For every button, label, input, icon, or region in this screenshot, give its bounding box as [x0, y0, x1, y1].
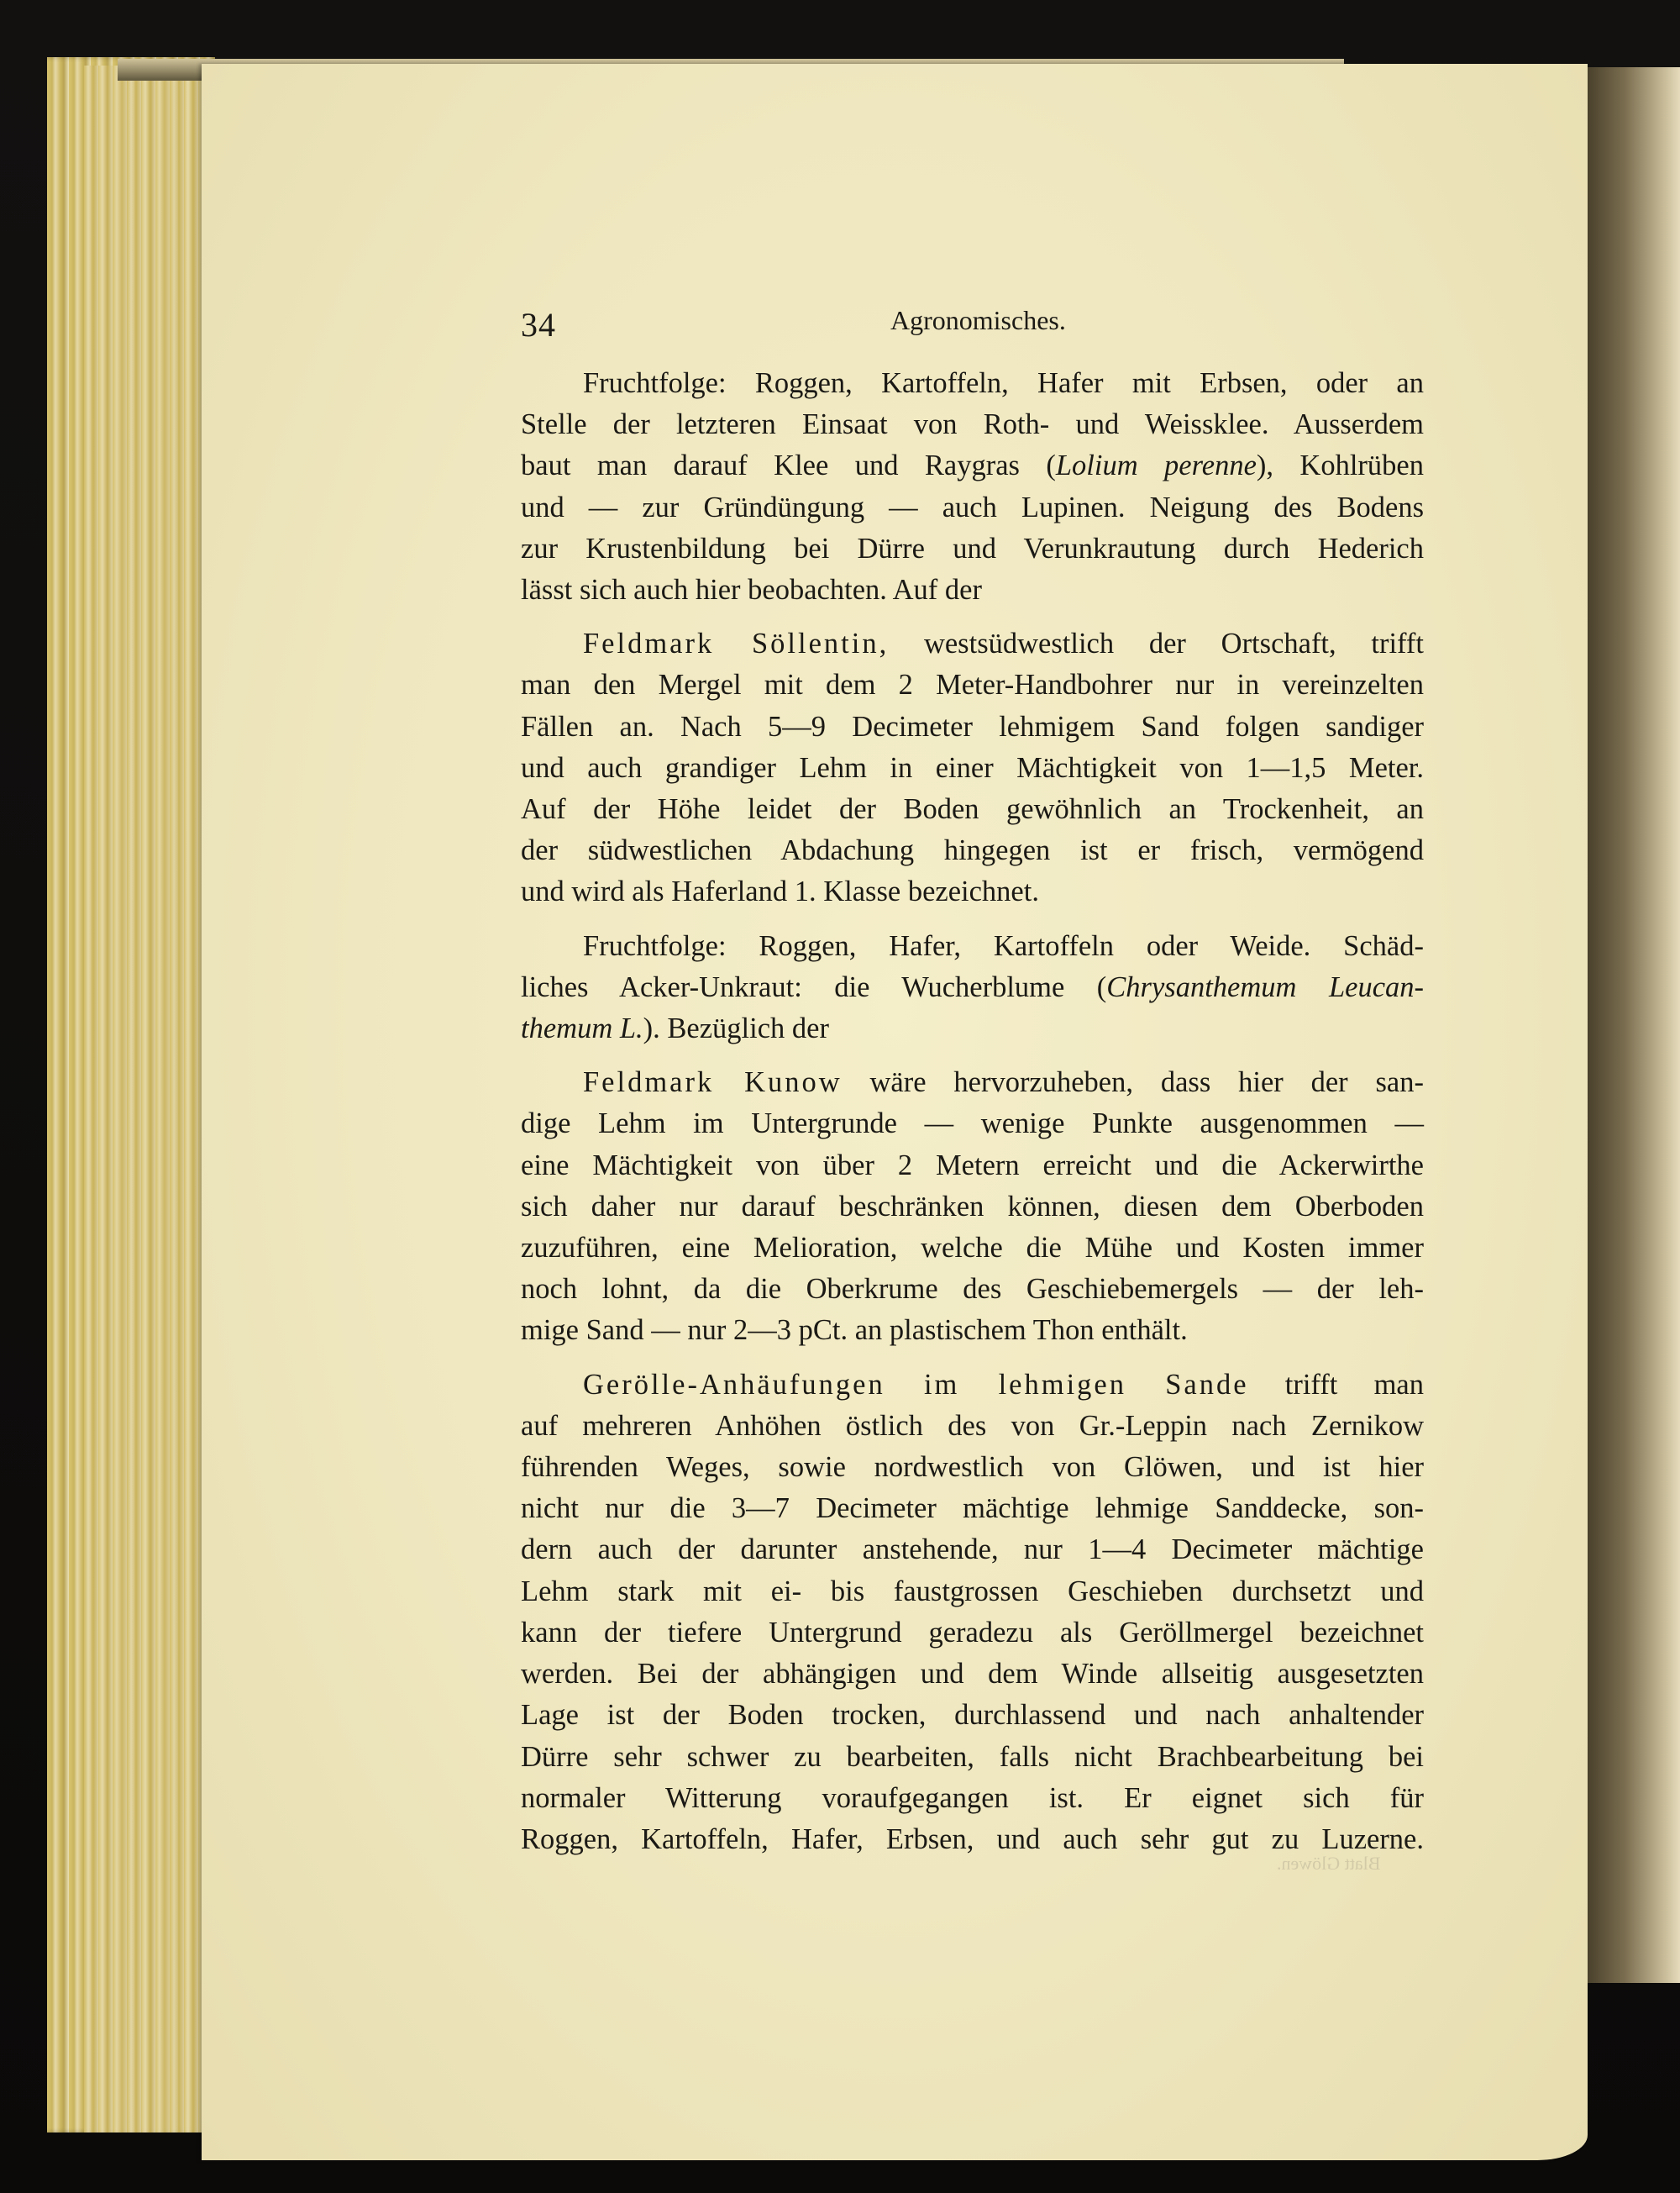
body-text: Fruchtfolge: Roggen, Kartoffeln, Hafer m…	[521, 363, 1424, 1873]
paragraph-fruchtfolge-2: Fruchtfolge: Roggen, Hafer, Kartoffeln o…	[521, 926, 1424, 1050]
text-line: Fruchtfolge: Roggen, Hafer, Kartoffeln o…	[521, 926, 1424, 967]
text-line: mige Sand — nur 2—3 pCt. an plastischem …	[521, 1310, 1424, 1351]
paragraph-geroelle-anhaeufungen: Gerölle-Anhäufungen im lehmigen Sande tr…	[521, 1365, 1424, 1860]
text-line: liches Acker-Unkraut: die Wucherblume (C…	[521, 967, 1424, 1008]
text-span: westsüdwestlich der Ortschaft, trifft	[889, 628, 1424, 660]
text-line: der südwestlichen Abdachung hingegen ist…	[521, 830, 1424, 871]
text-line: zur Krustenbildung bei Dürre und Verunkr…	[521, 529, 1424, 570]
text-line: auf mehreren Anhöhen östlich des von Gr.…	[521, 1406, 1424, 1447]
text-line: Feldmark Kunow wäre hervorzuheben, dass …	[521, 1062, 1424, 1103]
text-span: ), Kohlrüben	[1257, 450, 1424, 481]
text-line: Fällen an. Nach 5—9 Decimeter lehmigem S…	[521, 707, 1424, 748]
section-lead: Feldmark Kunow	[583, 1066, 843, 1098]
species-name: Lolium perenne	[1056, 450, 1257, 481]
page-header: 34 Agronomisches.	[521, 305, 1445, 347]
text-line: und wird als Haferland 1. Klasse bezeich…	[521, 871, 1424, 912]
book-scan: 34 Agronomisches. Fruchtfolge: Roggen, K…	[0, 0, 1680, 2193]
page-edges-inner	[84, 66, 210, 2133]
text-span: liches Acker-Unkraut: die Wucherblume (	[521, 971, 1106, 1003]
page-number: 34	[521, 305, 556, 344]
text-line: führenden Weges, sowie nordwestlich von …	[521, 1447, 1424, 1488]
text-line: zuzuführen, eine Melioration, welche die…	[521, 1228, 1424, 1269]
text-span: wäre hervorzuheben, dass hier der san-	[843, 1066, 1424, 1098]
paragraph-fruchtfolge-1: Fruchtfolge: Roggen, Kartoffeln, Hafer m…	[521, 363, 1424, 611]
species-name: Chrysanthemum Leucan-	[1106, 971, 1424, 1003]
text-line: Lage ist der Boden trocken, durchlassend…	[521, 1695, 1424, 1736]
text-span: trifft man	[1249, 1369, 1424, 1401]
text-line: und auch grandiger Lehm in einer Mächtig…	[521, 748, 1424, 789]
paragraph-feldmark-kunow: Feldmark Kunow wäre hervorzuheben, dass …	[521, 1062, 1424, 1351]
text-line: Auf der Höhe leidet der Boden gewöhnlich…	[521, 789, 1424, 830]
text-line: Gerölle-Anhäufungen im lehmigen Sande tr…	[521, 1365, 1424, 1406]
section-lead: Gerölle-Anhäufungen im lehmigen Sande	[583, 1369, 1249, 1401]
bleed-through-text: Blatt Glöwen.	[1277, 1853, 1380, 1875]
text-line: nicht nur die 3—7 Decimeter mächtige leh…	[521, 1488, 1424, 1529]
text-line: normaler Witterung voraufgegangen ist. E…	[521, 1778, 1424, 1819]
paragraph-feldmark-soellentin: Feldmark Söllentin, westsüdwestlich der …	[521, 623, 1424, 912]
text-line: kann der tiefere Untergrund geradezu als…	[521, 1612, 1424, 1654]
text-line: man den Mergel mit dem 2 Meter-Handbohre…	[521, 665, 1424, 706]
text-line: eine Mächtigkeit von über 2 Metern errei…	[521, 1145, 1424, 1186]
text-line: dern auch der darunter anstehende, nur 1…	[521, 1529, 1424, 1570]
text-line: themum L.). Bezüglich der	[521, 1008, 1424, 1049]
text-line: werden. Bei der abhängigen und dem Winde…	[521, 1654, 1424, 1695]
text-line: Dürre sehr schwer zu bearbeiten, falls n…	[521, 1737, 1424, 1778]
text-line: Feldmark Söllentin, westsüdwestlich der …	[521, 623, 1424, 665]
text-line: baut man darauf Klee und Raygras (Lolium…	[521, 445, 1424, 486]
text-line: dige Lehm im Untergrunde — wenige Punkte…	[521, 1103, 1424, 1144]
text-line: sich daher nur darauf beschränken können…	[521, 1186, 1424, 1228]
text-line: und — zur Gründüngung — auch Lupinen. Ne…	[521, 487, 1424, 529]
running-title: Agronomisches.	[890, 305, 1066, 336]
text-line: noch lohnt, da die Oberkrume des Geschie…	[521, 1269, 1424, 1310]
species-name: themum L.	[521, 1012, 643, 1044]
text-line: Stelle der letzteren Einsaat von Roth- u…	[521, 404, 1424, 445]
text-line: lässt sich auch hier beobachten. Auf der	[521, 570, 1424, 611]
text-line: Fruchtfolge: Roggen, Kartoffeln, Hafer m…	[521, 363, 1424, 404]
facing-page-sliver	[1588, 67, 1680, 1983]
text-line: Lehm stark mit ei- bis faustgrossen Gesc…	[521, 1571, 1424, 1612]
text-span: baut man darauf Klee und Raygras (	[521, 450, 1056, 481]
section-lead: Feldmark Söllentin,	[583, 628, 889, 660]
text-span: ). Bezüglich der	[643, 1012, 829, 1044]
